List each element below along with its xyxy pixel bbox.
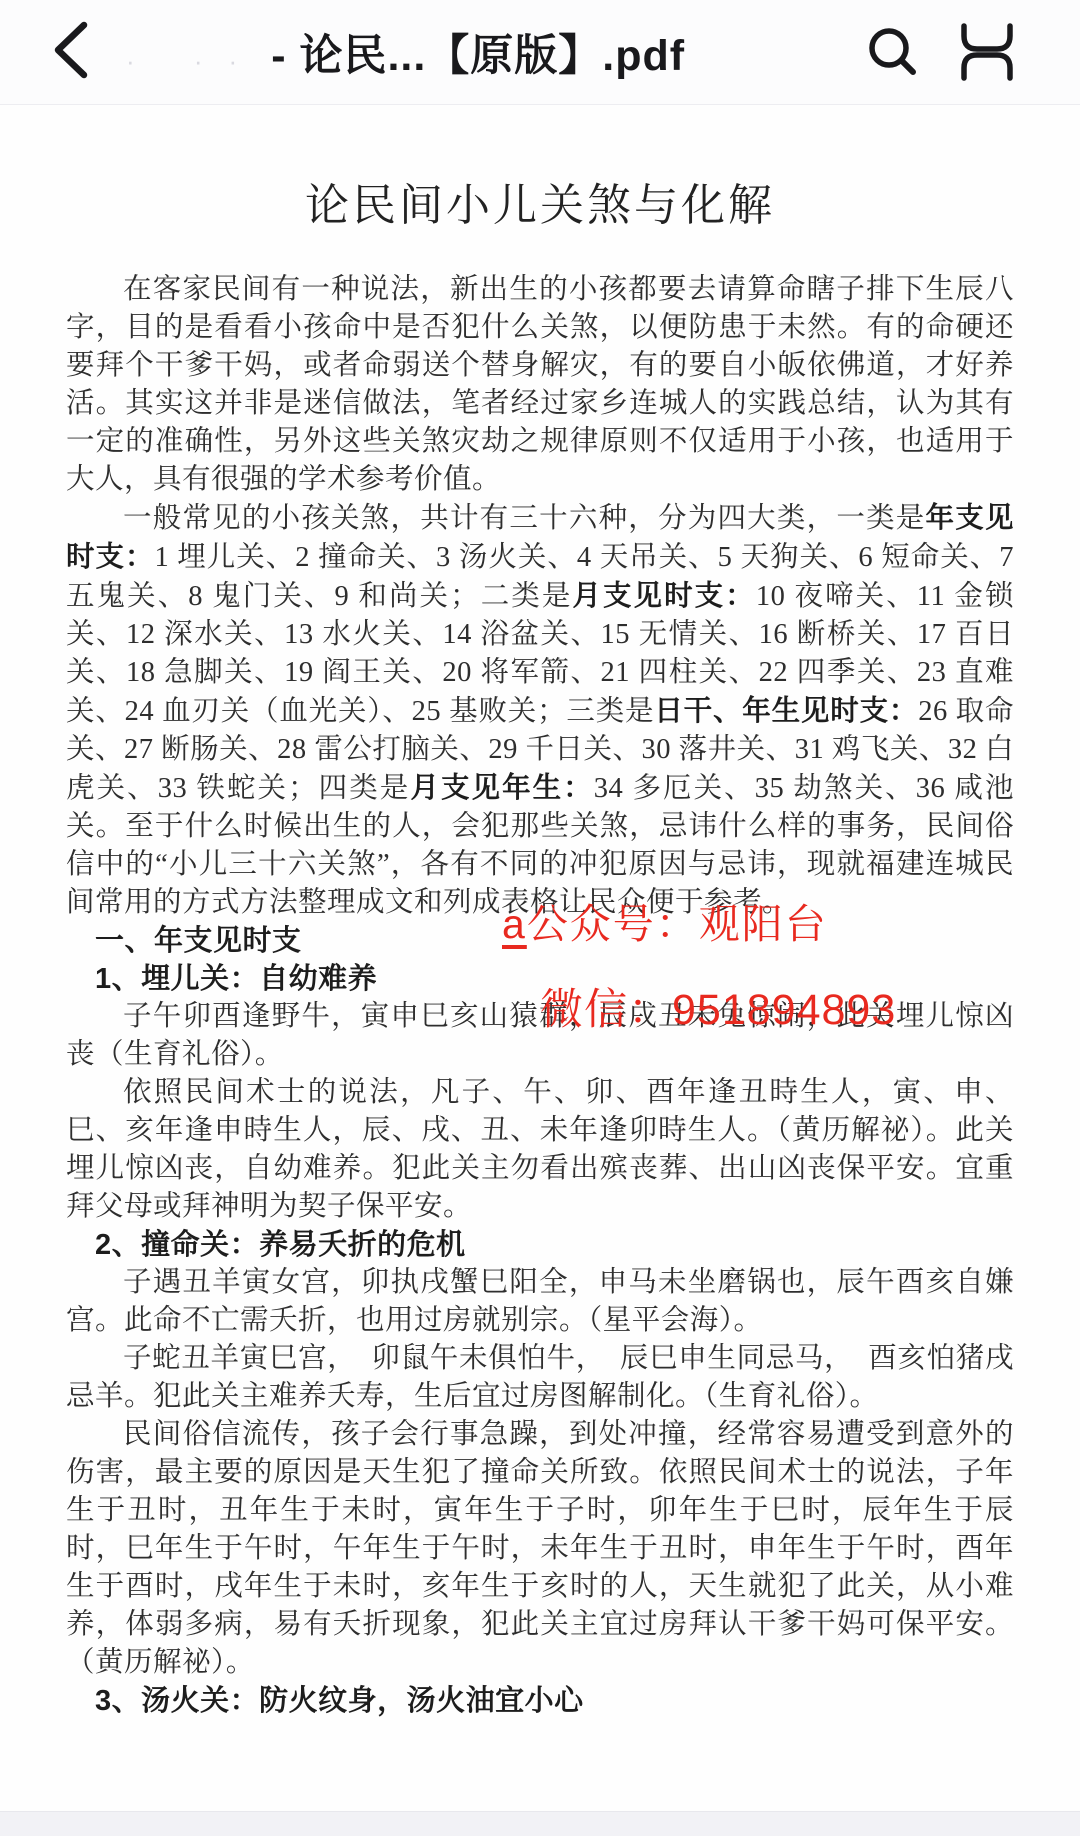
- page-gap-divider: [0, 1811, 1080, 1836]
- file-title-row: · ·· - 论民...【原版】.pdf: [126, 22, 860, 83]
- paragraph: 子遇丑羊寅女宫，卯执戌蟹巳阳全，申马未坐磨锅也，辰午酉亥自嫌宫。此命不亡需夭折，…: [66, 1264, 1014, 1340]
- red-watermark: 微信：951894893: [540, 976, 896, 1037]
- paragraph: 民间俗信流传，孩子会行事急躁，到处冲撞，经常容易遭受到意外的伤害，最主要的原因是…: [66, 1416, 1014, 1682]
- search-icon: [864, 23, 922, 81]
- file-title: - 论民...【原版】.pdf: [271, 22, 685, 83]
- red-watermark: a公众号：观阳台: [502, 891, 828, 950]
- paragraph: 子蛇丑羊寅巳宫， 卯鼠午未俱怕牛， 辰巳申生同忌马， 酉亥怕猪戌忌羊。犯此关主难…: [66, 1340, 1014, 1416]
- section-heading: 2、撞命关：养易夭折的危机: [66, 1226, 1014, 1264]
- paragraph: 依照民间术士的说法，凡子、午、卯、酉年逢丑時生人，寅、申、巳、亥年逢申時生人，辰…: [66, 1074, 1014, 1226]
- fit-screen-button[interactable]: [954, 19, 1020, 85]
- section-heading: 3、汤火关：防火纹身，汤火油宜小心: [66, 1682, 1014, 1720]
- paragraph: 一般常见的小孩关煞，共计有三十六种，分为四大类，一类是年支见时支：1 埋儿关、2…: [66, 499, 1014, 922]
- document-title: 论民间小儿关煞与化解: [66, 169, 1014, 233]
- pdf-page[interactable]: 论民间小儿关煞与化解 在客家民间有一种说法，新出生的小孩都要去请算命瞎子排下生辰…: [0, 105, 1080, 1812]
- redacted-text: · ··: [126, 46, 263, 77]
- fit-screen-icon: [956, 23, 1018, 81]
- back-button[interactable]: [50, 22, 100, 82]
- search-button[interactable]: [860, 19, 926, 85]
- paragraph: 在客家民间有一种说法，新出生的小孩都要去请算命瞎子排下生辰八字，目的是看看小孩命…: [66, 271, 1014, 499]
- chevron-left-icon: [50, 19, 92, 86]
- pdf-viewer-topbar: · ·· - 论民...【原版】.pdf: [0, 0, 1080, 105]
